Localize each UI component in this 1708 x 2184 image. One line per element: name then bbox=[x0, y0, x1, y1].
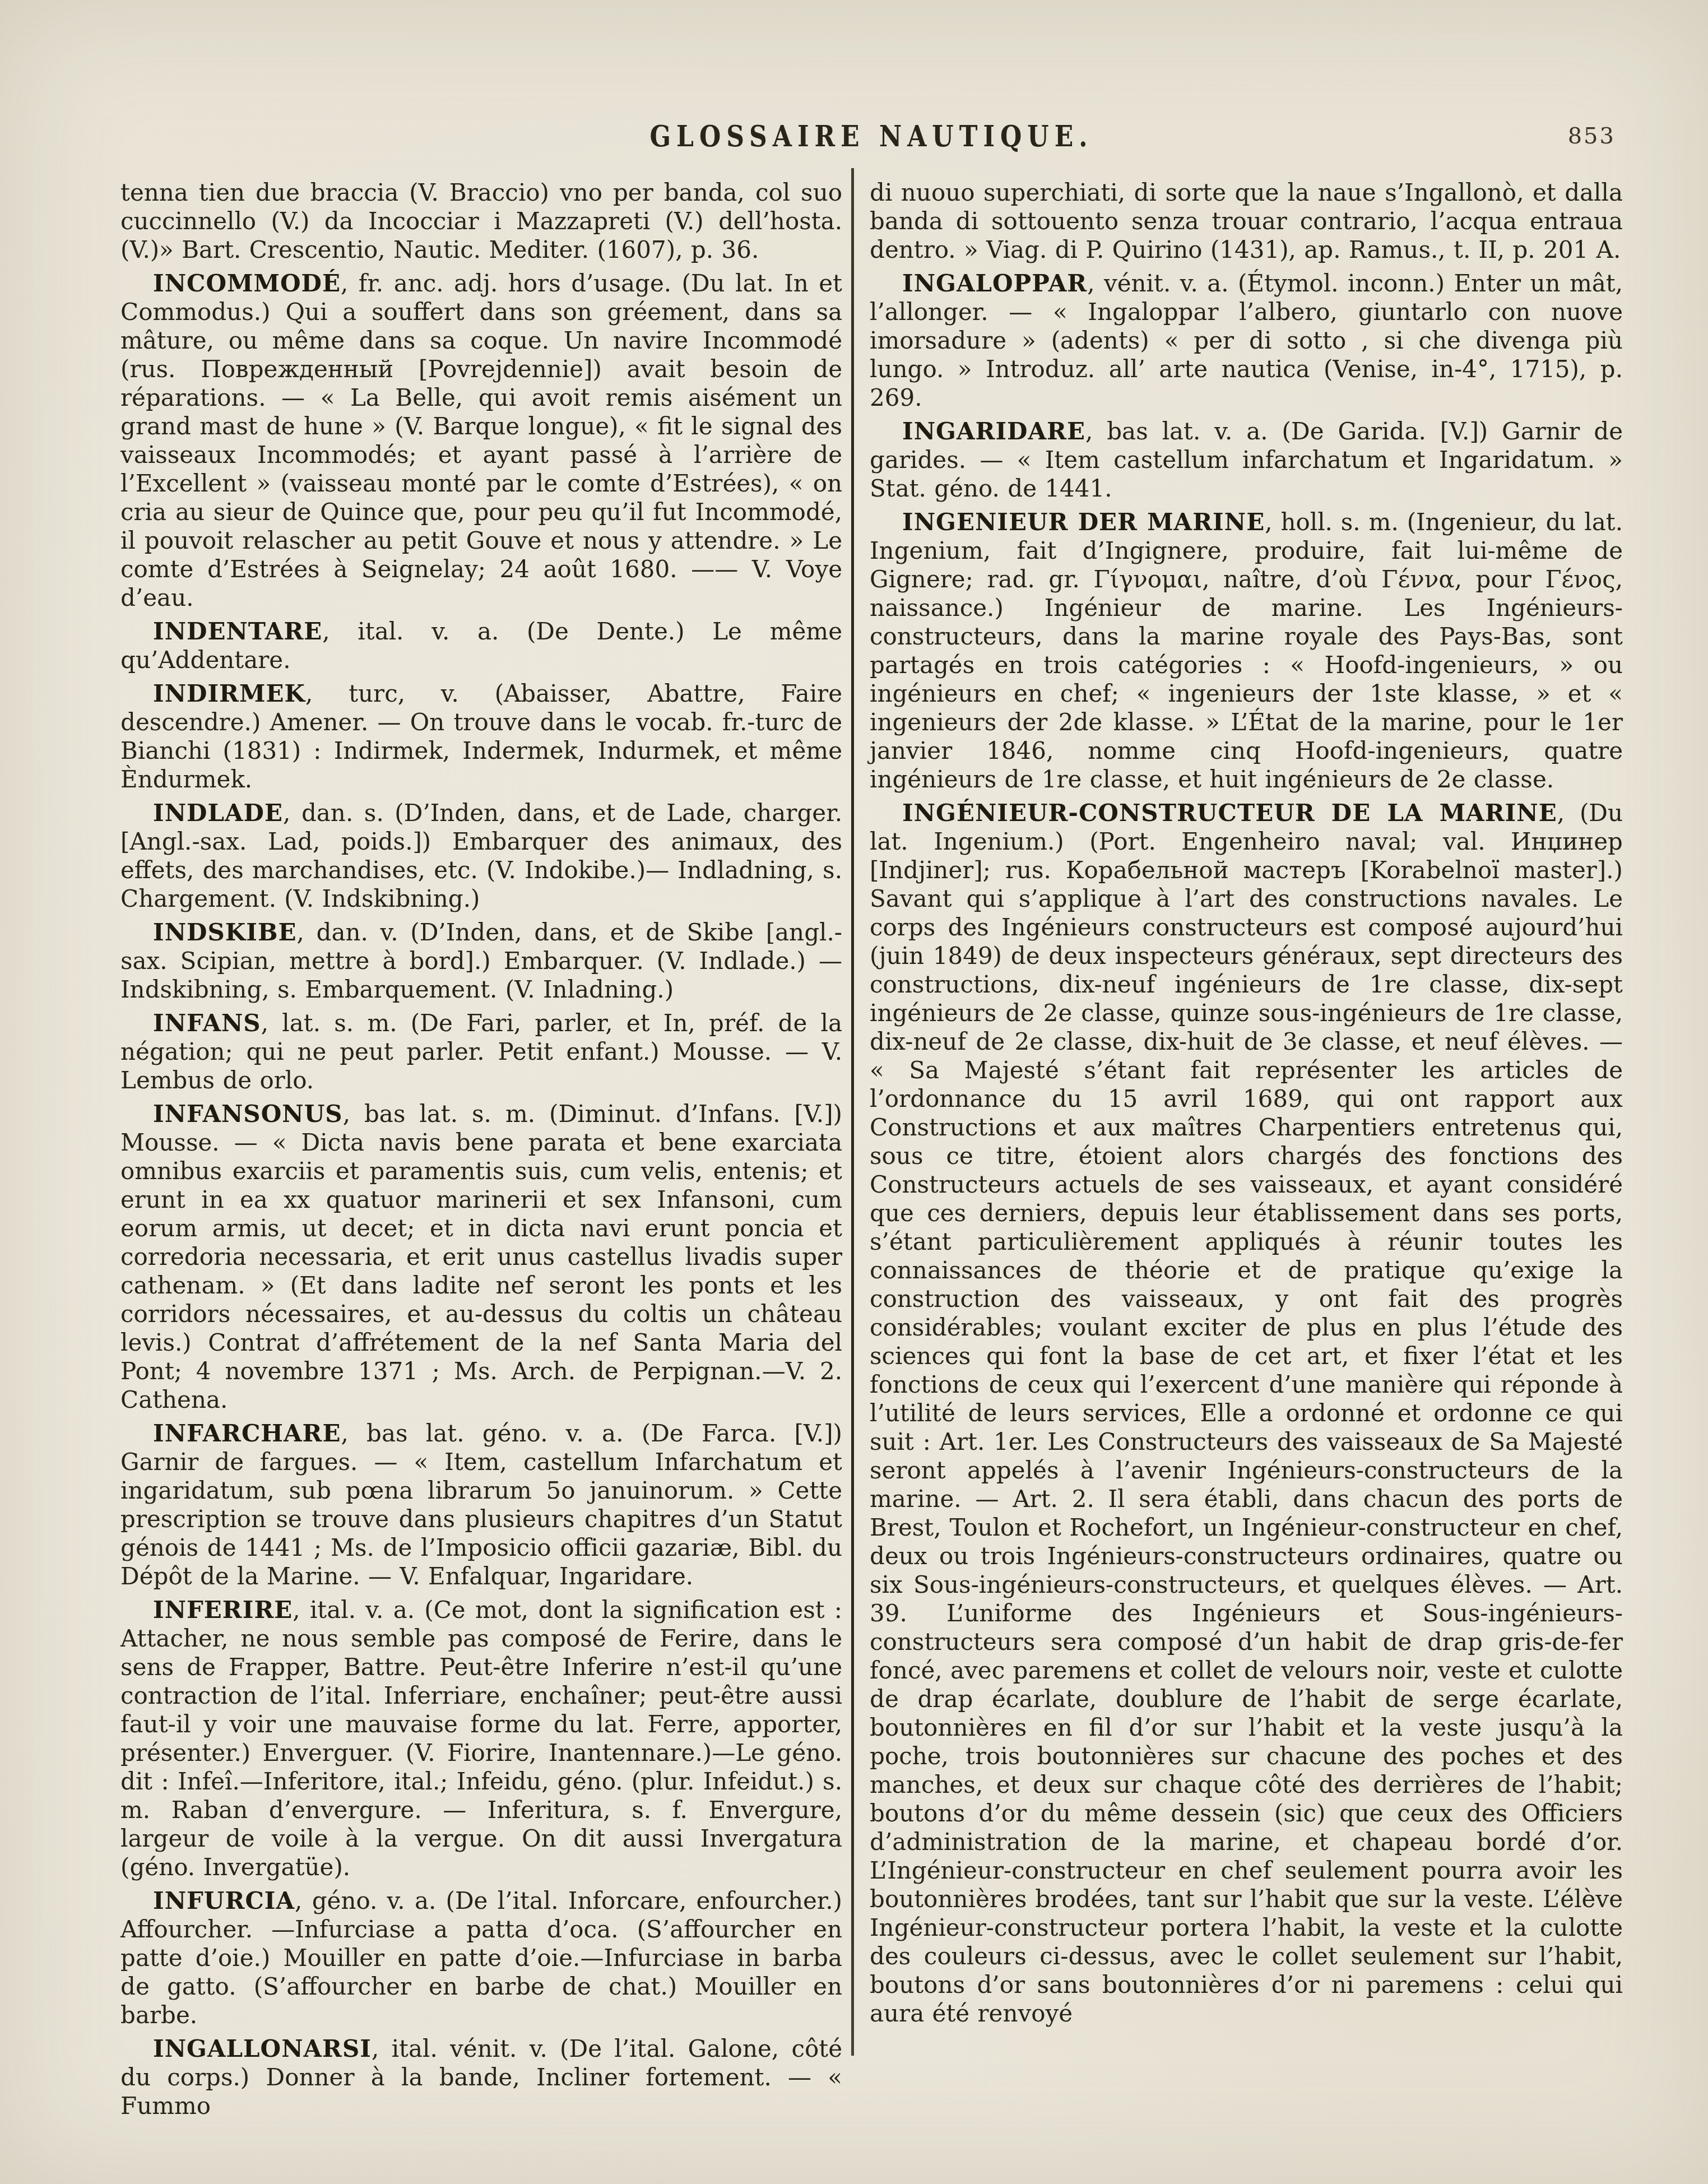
right-column: di nuouo superchiati, di sorte que la na… bbox=[870, 178, 1623, 2033]
entry-headword: INGALLONARSI bbox=[153, 2035, 372, 2062]
dictionary-entry: INFANSONUS, bas lat. s. m. (Diminut. d’I… bbox=[120, 1100, 842, 1414]
page-header: GLOSSAIRE NAUTIQUE. 853 bbox=[120, 122, 1622, 161]
dictionary-entry: INFARCHARE, bas lat. géno. v. a. (De Far… bbox=[120, 1419, 842, 1591]
left-column: tenna tien due braccia (V. Braccio) vno … bbox=[120, 178, 842, 2125]
dictionary-entry: INGARIDARE, bas lat. v. a. (De Garida. [… bbox=[870, 417, 1623, 503]
page-number: 853 bbox=[1568, 123, 1616, 149]
entry-headword: INDSKIBE bbox=[153, 919, 296, 946]
entry-headword: INGENIEUR DER MARINE bbox=[902, 508, 1265, 536]
entry-headword: INDLADE bbox=[153, 799, 283, 827]
dictionary-entry: INGALOPPAR, vénit. v. a. (Étymol. inconn… bbox=[870, 269, 1623, 412]
entry-headword: INFURCIA bbox=[153, 1887, 295, 1914]
entry-text: tenna tien due braccia (V. Braccio) vno … bbox=[120, 179, 842, 263]
entry-text: , holl. s. m. (Ingenieur, du lat. Ingeni… bbox=[870, 508, 1623, 793]
dictionary-entry-continuation: di nuouo superchiati, di sorte que la na… bbox=[870, 178, 1623, 264]
dictionary-entry: INGALLONARSI, ital. vénit. v. (De l’ital… bbox=[120, 2034, 842, 2120]
entry-text: di nuouo superchiati, di sorte que la na… bbox=[870, 179, 1623, 263]
dictionary-entry: INDSKIBE, dan. v. (D’Inden, dans, et de … bbox=[120, 918, 842, 1004]
entry-headword: INFANS bbox=[153, 1009, 261, 1037]
entry-text: , (Du lat. Ingenium.) (Port. Engenheiro … bbox=[870, 799, 1623, 2027]
entry-headword: INGALOPPAR bbox=[902, 270, 1087, 297]
page-title: GLOSSAIRE NAUTIQUE. bbox=[120, 119, 1622, 153]
entry-text: , fr. anc. adj. hors d’usage. (Du lat. I… bbox=[120, 270, 842, 611]
dictionary-entry: INCOMMODÉ, fr. anc. adj. hors d’usage. (… bbox=[120, 269, 842, 612]
entry-headword: INGARIDARE bbox=[902, 418, 1085, 445]
dictionary-entry: INFANS, lat. s. m. (De Fari, parler, et … bbox=[120, 1009, 842, 1095]
dictionary-entry: INGENIEUR DER MARINE, holl. s. m. (Ingen… bbox=[870, 508, 1623, 794]
dictionary-entry: INDENTARE, ital. v. a. (De Dente.) Le mê… bbox=[120, 617, 842, 674]
entry-headword: INGÉNIEUR-CONSTRUCTEUR DE LA MARINE bbox=[902, 799, 1557, 827]
dictionary-entry: INDLADE, dan. s. (D’Inden, dans, et de L… bbox=[120, 799, 842, 913]
entry-text: , ital. v. a. (Ce mot, dont la significa… bbox=[120, 1596, 842, 1881]
entry-headword: INDENTARE bbox=[153, 618, 322, 645]
dictionary-entry-continuation: tenna tien due braccia (V. Braccio) vno … bbox=[120, 178, 842, 264]
dictionary-entry: INDIRMEK, turc, v. (Abaisser, Abattre, F… bbox=[120, 679, 842, 794]
entry-headword: INCOMMODÉ bbox=[153, 270, 341, 297]
dictionary-entry: INFURCIA, géno. v. a. (De l’ital. Inforc… bbox=[120, 1886, 842, 2029]
entry-headword: INFANSONUS bbox=[153, 1100, 343, 1128]
entry-headword: INDIRMEK bbox=[153, 680, 305, 707]
scanned-book-page: GLOSSAIRE NAUTIQUE. 853 tenna tien due b… bbox=[0, 0, 1708, 2184]
entry-headword: INFARCHARE bbox=[153, 1420, 341, 1447]
dictionary-entry: INFERIRE, ital. v. a. (Ce mot, dont la s… bbox=[120, 1596, 842, 1881]
column-divider bbox=[851, 168, 854, 2056]
dictionary-entry: INGÉNIEUR-CONSTRUCTEUR DE LA MARINE, (Du… bbox=[870, 799, 1623, 2028]
entry-headword: INFERIRE bbox=[153, 1596, 293, 1624]
entry-text: , bas lat. s. m. (Diminut. d’Infans. [V.… bbox=[120, 1100, 842, 1413]
